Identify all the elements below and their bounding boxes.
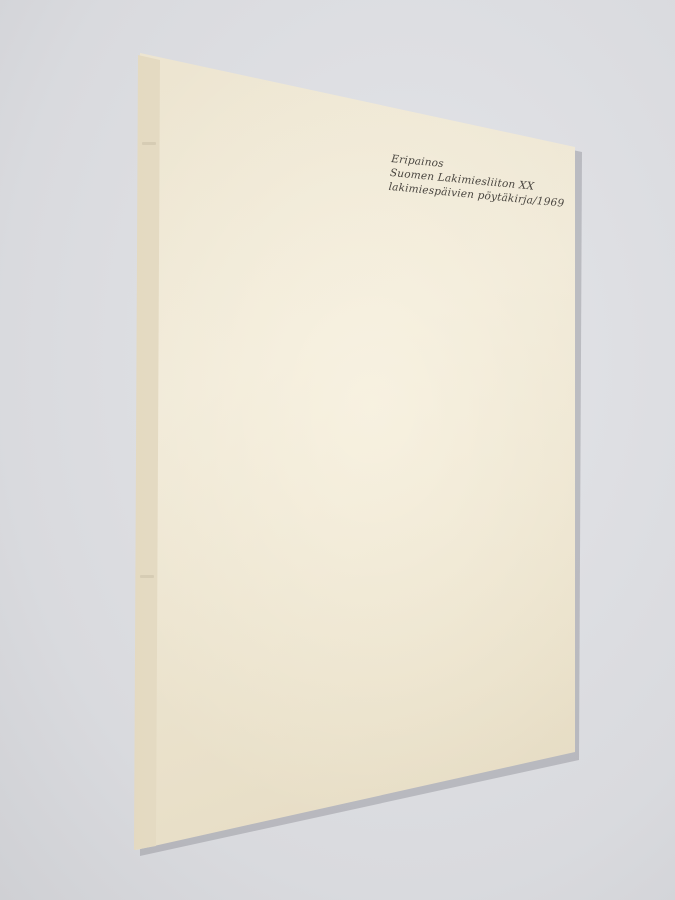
staple-bottom [140,575,154,578]
staple-top [142,142,156,145]
booklet-cover [0,0,675,900]
photo-scene: Eripainos Suomen Lakimiesliiton XX lakim… [0,0,675,900]
